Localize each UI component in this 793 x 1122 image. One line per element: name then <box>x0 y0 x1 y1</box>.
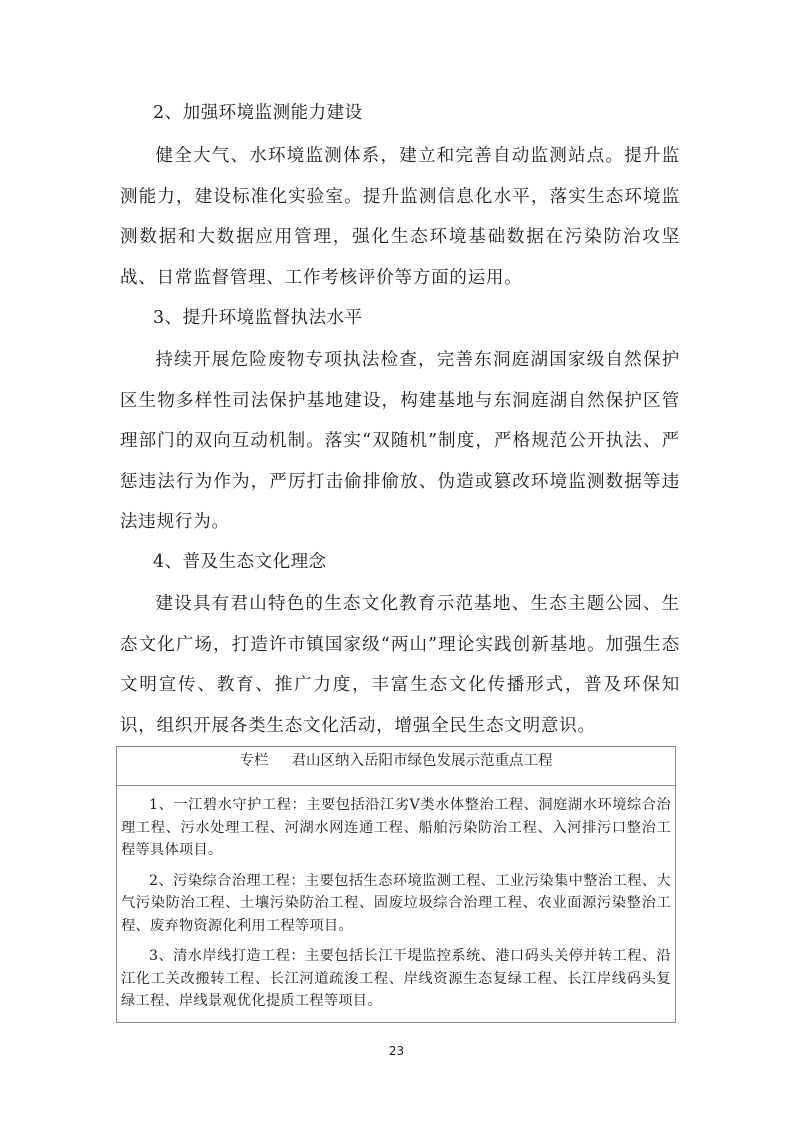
section-paragraph-eco-culture: 建设具有君山特色的生态文化教育示范基地、生态主题公园、生态文化广场，打造许市镇国… <box>120 584 680 746</box>
box-item: 3、清水岸线打造工程：主要包括长江干堤监控系统、港口码头关停并转工程、沿江化工关… <box>121 945 671 1013</box>
document-page: 2、加强环境监测能力建设 健全大气、水环境监测体系，建立和完善自动监测站点。提升… <box>0 0 793 1122</box>
section-heading-eco-culture: 4、普及生态文化理念 <box>153 550 327 574</box>
box-title: 专栏 君山区纳入岳阳市绿色发展示范重点工程 <box>117 747 675 786</box>
box-item-text: 2、污染综合治理工程：主要包括生态环境监测工程、工业污染集中整治工程、大气污染防… <box>121 873 671 934</box>
paragraph-text: 建设具有君山特色的生态文化教育示范基地、生态主题公园、生态文化广场，打造许市镇国… <box>120 594 680 736</box>
section-paragraph-enforcement: 持续开展危险废物专项执法检查，完善东洞庭湖国家级自然保护区生物多样性司法保护基地… <box>120 340 680 543</box>
section-heading-enforcement: 3、提升环境监督执法水平 <box>153 306 363 330</box>
box-item-text: 1、一江碧水守护工程：主要包括沿江劣Ⅴ类水体整治工程、洞庭湖水环境综合治理工程、… <box>121 797 671 858</box>
section-paragraph-monitoring: 健全大气、水环境监测体系，建立和完善自动监测站点。提升监测能力，建设标准化实验室… <box>120 136 680 298</box>
box-body: 1、一江碧水守护工程：主要包括沿江劣Ⅴ类水体整治工程、洞庭湖水环境综合治理工程、… <box>117 786 675 1013</box>
section-heading-monitoring: 2、加强环境监测能力建设 <box>153 101 363 125</box>
box-item-text: 3、清水岸线打造工程：主要包括长江干堤监控系统、港口码头关停并转工程、沿江化工关… <box>121 948 671 1009</box>
page-number: 23 <box>0 1044 793 1058</box>
box-item: 1、一江碧水守护工程：主要包括沿江劣Ⅴ类水体整治工程、洞庭湖水环境综合治理工程、… <box>121 794 671 862</box>
special-column-box: 专栏 君山区纳入岳阳市绿色发展示范重点工程 1、一江碧水守护工程：主要包括沿江劣… <box>116 746 676 1023</box>
paragraph-text: 持续开展危险废物专项执法检查，完善东洞庭湖国家级自然保护区生物多样性司法保护基地… <box>120 350 680 532</box>
box-item: 2、污染综合治理工程：主要包括生态环境监测工程、工业污染集中整治工程、大气污染防… <box>121 870 671 938</box>
paragraph-text: 健全大气、水环境监测体系，建立和完善自动监测站点。提升监测能力，建设标准化实验室… <box>120 146 680 288</box>
